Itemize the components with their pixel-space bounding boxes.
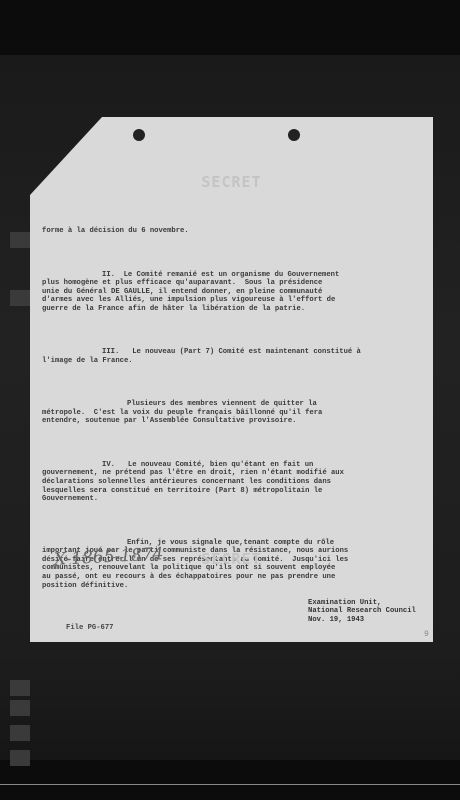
- film-edge-line: [0, 784, 460, 785]
- punch-hole: [288, 129, 300, 141]
- film-sprocket: [10, 232, 30, 248]
- file-number: File PG-677: [66, 624, 113, 632]
- paragraph-iv: IV. Le nouveau Comité, bien qu'étant en …: [42, 461, 427, 504]
- opening-line: forme à la décision du 6 novembre.: [42, 227, 427, 236]
- signature-date: Nov. 19, 1943: [308, 616, 416, 624]
- signature-block: Examination Unit, National Research Coun…: [308, 599, 416, 624]
- paragraph-ii: II. Le Comité remanié est un organisme d…: [42, 271, 427, 314]
- signature-council: National Research Council: [308, 607, 416, 615]
- film-sprocket: [10, 290, 30, 306]
- secret-stamp-top: SECRET: [30, 173, 433, 191]
- punch-hole: [133, 129, 145, 141]
- paragraph-iii: III. Le nouveau (Part 7) Comité est main…: [42, 348, 427, 365]
- signature-unit: Examination Unit,: [308, 599, 416, 607]
- film-sprocket: [10, 725, 30, 741]
- film-sprocket: [10, 700, 30, 716]
- film-sprocket: [10, 680, 30, 696]
- paragraph-plusieurs: Plusieurs des membres viennent de quitte…: [42, 400, 427, 426]
- document-page: SECRET forme à la décision du 6 novembre…: [30, 117, 433, 642]
- film-sprocket: [10, 750, 30, 766]
- page-mark: 9: [424, 630, 429, 639]
